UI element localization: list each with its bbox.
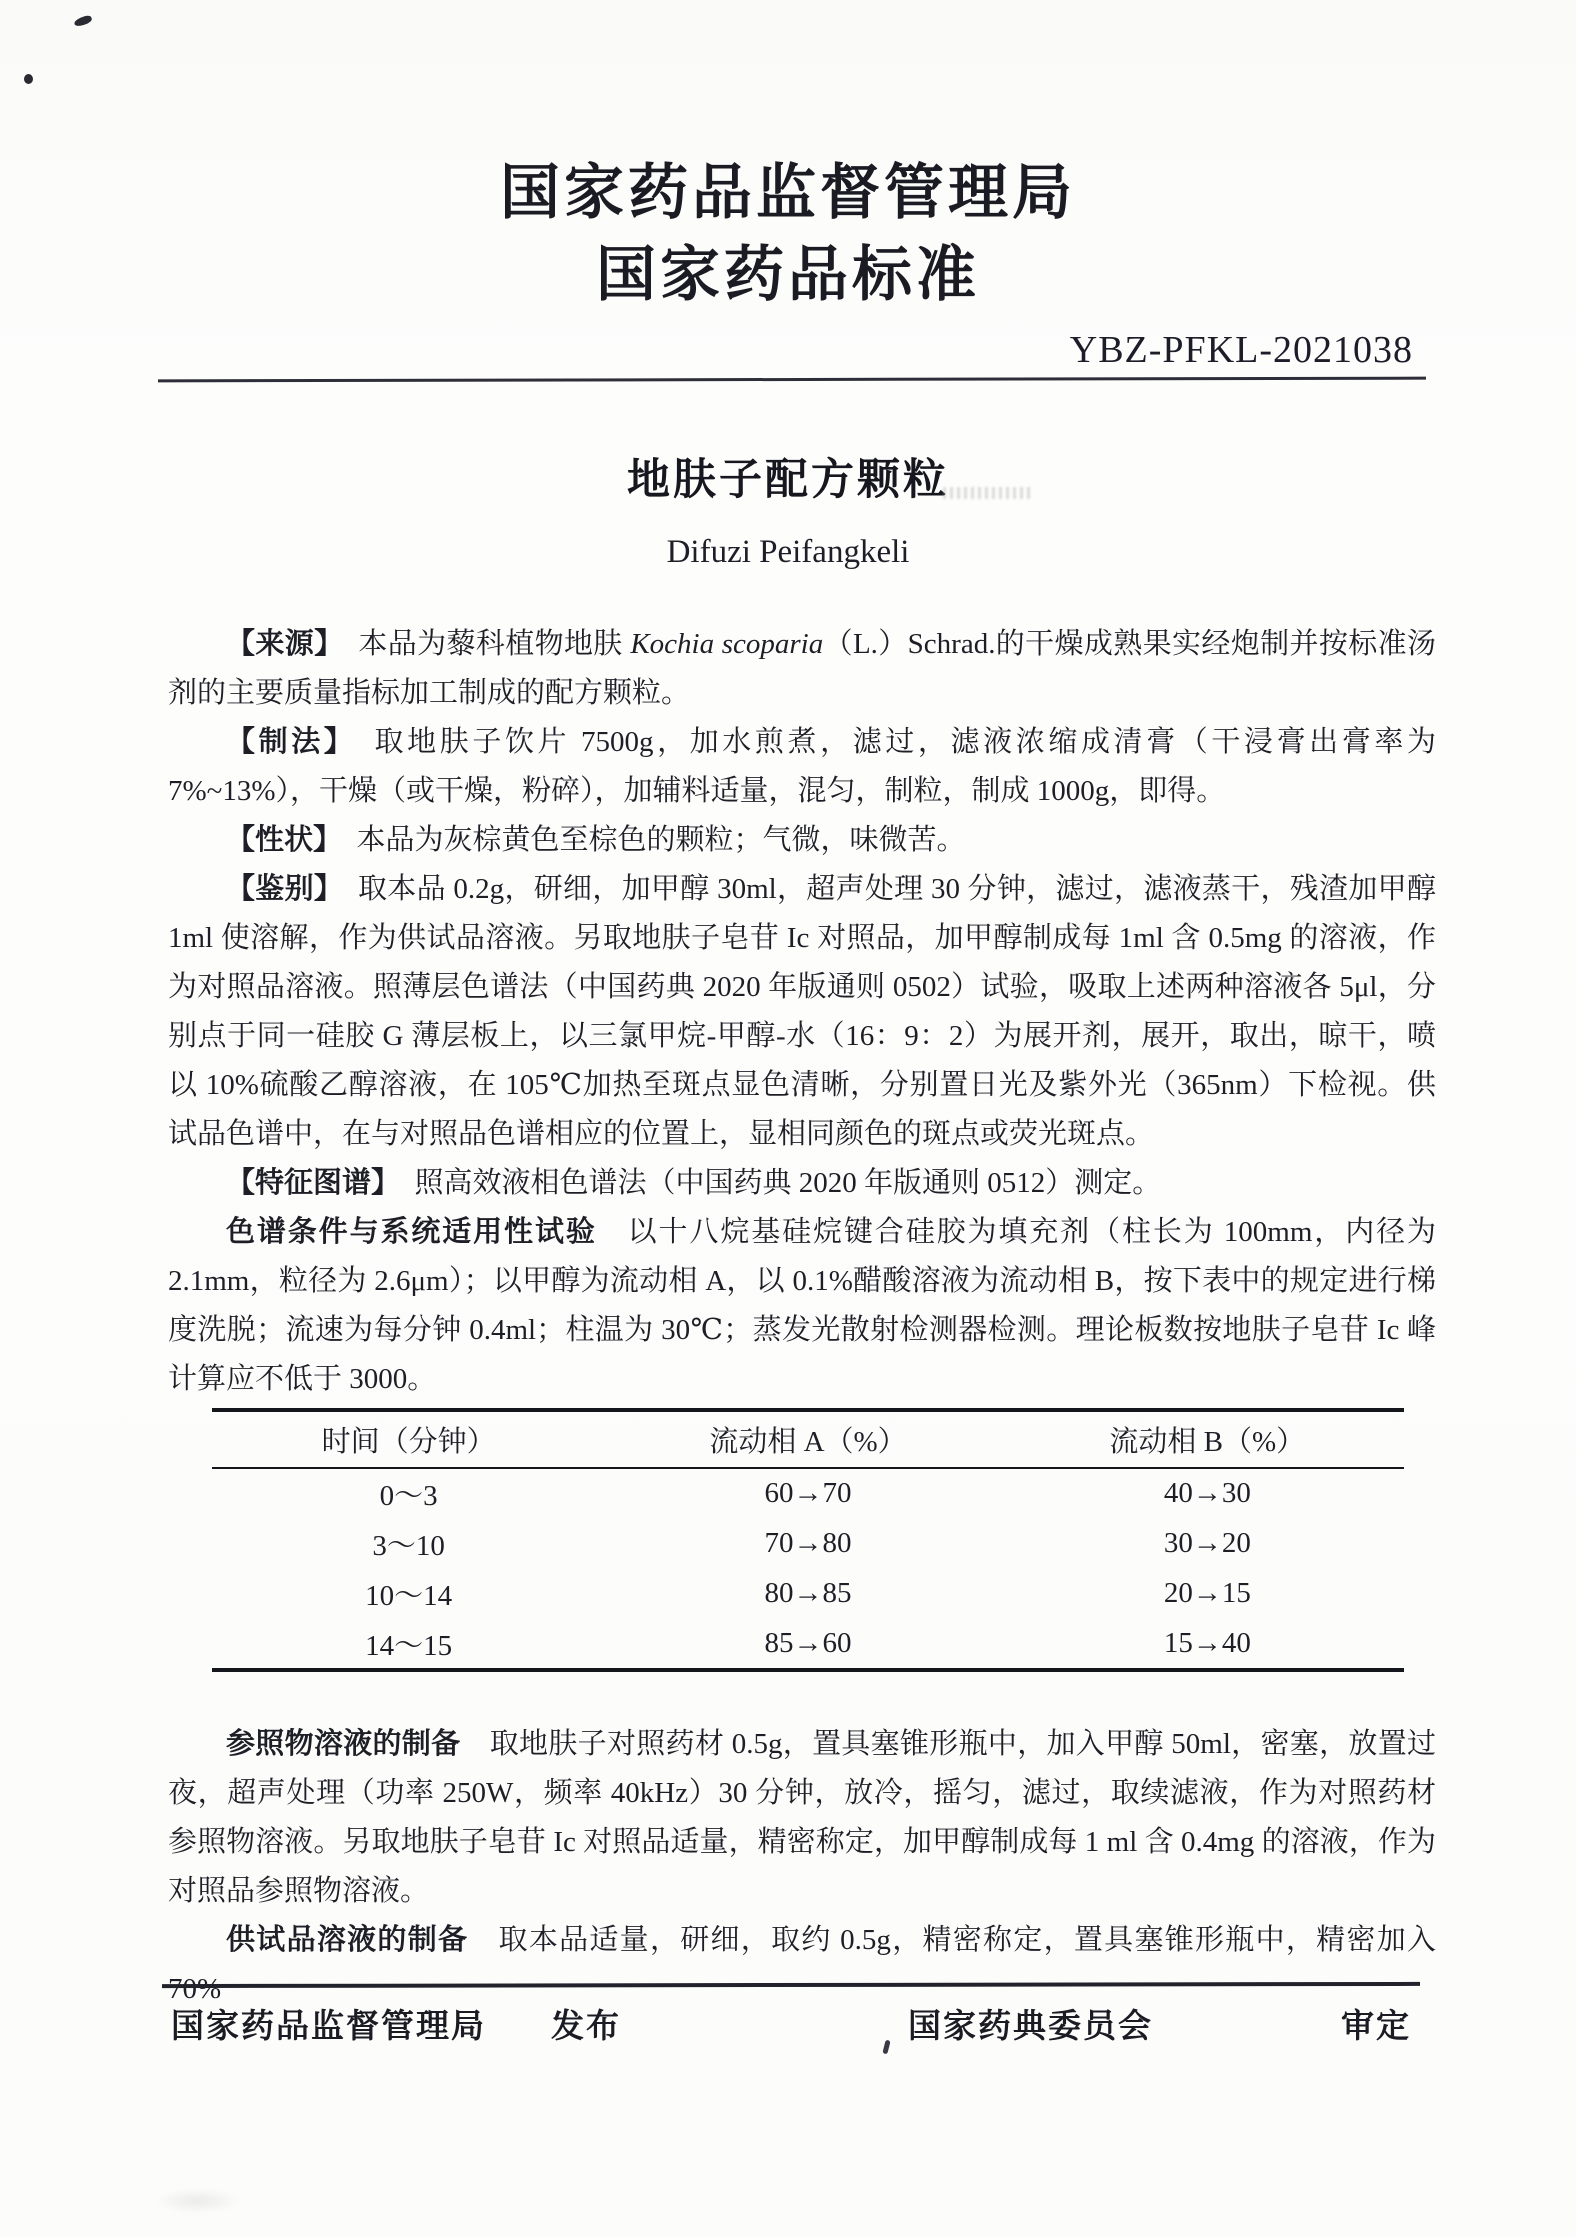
paragraph-text: Kochia scoparia [630,628,823,660]
ink-speck [73,14,93,27]
document-header: 国家药品监督管理局 国家药品标准 [0,152,1576,316]
table-cell: 60→70 [605,1468,1010,1518]
table-cell: 3～10 [212,1518,605,1568]
paragraph-label: 【鉴别】 [226,873,329,905]
table-cell: 85→60 [605,1618,1010,1668]
paragraph: 【性状】 本品为灰棕黄色至棕色的颗粒；气微，味微苦。 [168,816,1436,865]
paragraph: 【制法】 取地肤子饮片 7500g，加水煎煮，滤过，滤液浓缩成清膏（干浸膏出膏率… [168,718,1436,816]
gradient-elution-table: 时间（分钟）流动相 A（%）流动相 B（%） 0～360→7040→303～10… [212,1408,1404,1672]
scan-smudge [943,487,1031,499]
paragraph-text: 本品为灰棕黄色至棕色的颗粒；气微，味微苦。 [328,824,966,856]
paragraph: 【来源】 本品为藜科植物地肤 Kochia scoparia（L.）Schrad… [168,620,1436,718]
table-row: 3～1070→8030→20 [212,1518,1404,1568]
paragraph-label: 【特征图谱】 [226,1167,386,1199]
table-cell: 70→80 [605,1518,1010,1568]
header-divider [158,377,1426,383]
table-body: 0～360→7040→303～1070→8030→2010～1480→8520→… [212,1468,1404,1668]
paragraph-label: 参照物溶液的制备 [226,1728,460,1760]
body-text-before-table: 【来源】 本品为藜科植物地肤 Kochia scoparia（L.）Schrad… [168,620,1436,1404]
footer-committee: 国家药典委员会 [908,2000,1153,2047]
paragraph-label: 【来源】 [226,628,329,660]
paragraph-text: 取本品 0.2g，研细，加甲醇 30ml，超声处理 30 分钟，滤过，滤液蒸干，… [168,873,1436,1150]
table-row: 0～360→7040→30 [212,1468,1404,1518]
footer-publish-label: 发布 [551,2000,621,2047]
header-agency-title: 国家药品监督管理局 [0,152,1576,234]
paragraph-label: 色谱条件与系统适用性试验 [226,1216,597,1248]
document-page: 国家药品监督管理局 国家药品标准 YBZ-PFKL-2021038 地肤子配方颗… [0,0,1576,2237]
table-cell: 0～3 [212,1468,605,1518]
document-footer: 国家药品监督管理局 发布 国家药典委员会 审定 [171,2000,1421,2044]
document-number: YBZ-PFKL-2021038 [1070,328,1413,372]
footer-approve-label: 审定 [1341,2000,1411,2047]
paragraph-text: 取地肤子饮片 7500g，加水煎煮，滤过，滤液浓缩成清膏（干浸膏出膏率为 7%~… [168,726,1436,807]
table-header-cell: 流动相 A（%） [605,1412,1010,1468]
table-row: 10～1480→8520→15 [212,1568,1404,1618]
paragraph: 参照物溶液的制备 取地肤子对照药材 0.5g，置具塞锥形瓶中，加入甲醇 50ml… [168,1720,1436,1916]
table-cell: 30→20 [1011,1518,1404,1568]
drug-title-pinyin: Difuzi Peifangkeli [0,534,1576,571]
table-cell: 15→40 [1011,1618,1404,1668]
paragraph-text: 本品为藜科植物地肤 [329,628,630,660]
table-cell: 40→30 [1011,1468,1404,1518]
table-cell: 80→85 [605,1568,1010,1618]
table-row: 14～1585→6015→40 [212,1618,1404,1668]
paragraph-text: 照高效液相色谱法（中国药典 2020 年版通则 0512）测定。 [386,1167,1162,1199]
paragraph: 【鉴别】 取本品 0.2g，研细，加甲醇 30ml，超声处理 30 分钟，滤过，… [168,865,1436,1159]
header-standard-title: 国家药品标准 [0,234,1576,316]
footer-agency: 国家药品监督管理局 [171,2000,486,2047]
table-header-row: 时间（分钟）流动相 A（%）流动相 B（%） [212,1412,1404,1468]
paragraph: 【特征图谱】 照高效液相色谱法（中国药典 2020 年版通则 0512）测定。 [168,1159,1436,1208]
paragraph-label: 供试品溶液的制备 [226,1924,468,1956]
table-cell: 10～14 [212,1568,605,1618]
paragraph: 色谱条件与系统适用性试验 以十八烷基硅烷键合硅胶为填充剂（柱长为 100mm，内… [168,1208,1436,1404]
ink-speck [24,74,33,84]
body-text-after-table: 参照物溶液的制备 取地肤子对照药材 0.5g，置具塞锥形瓶中，加入甲醇 50ml… [168,1720,1436,2014]
table-cell: 20→15 [1011,1568,1404,1618]
scan-smudge [135,2183,260,2219]
drug-title: 地肤子配方颗粒 [0,446,1576,507]
table-header-cell: 时间（分钟） [212,1412,605,1468]
paragraph-label: 【制法】 [226,726,342,758]
paragraph-label: 【性状】 [226,824,328,856]
table-cell: 14～15 [212,1618,605,1668]
table-header-cell: 流动相 B（%） [1011,1412,1404,1468]
